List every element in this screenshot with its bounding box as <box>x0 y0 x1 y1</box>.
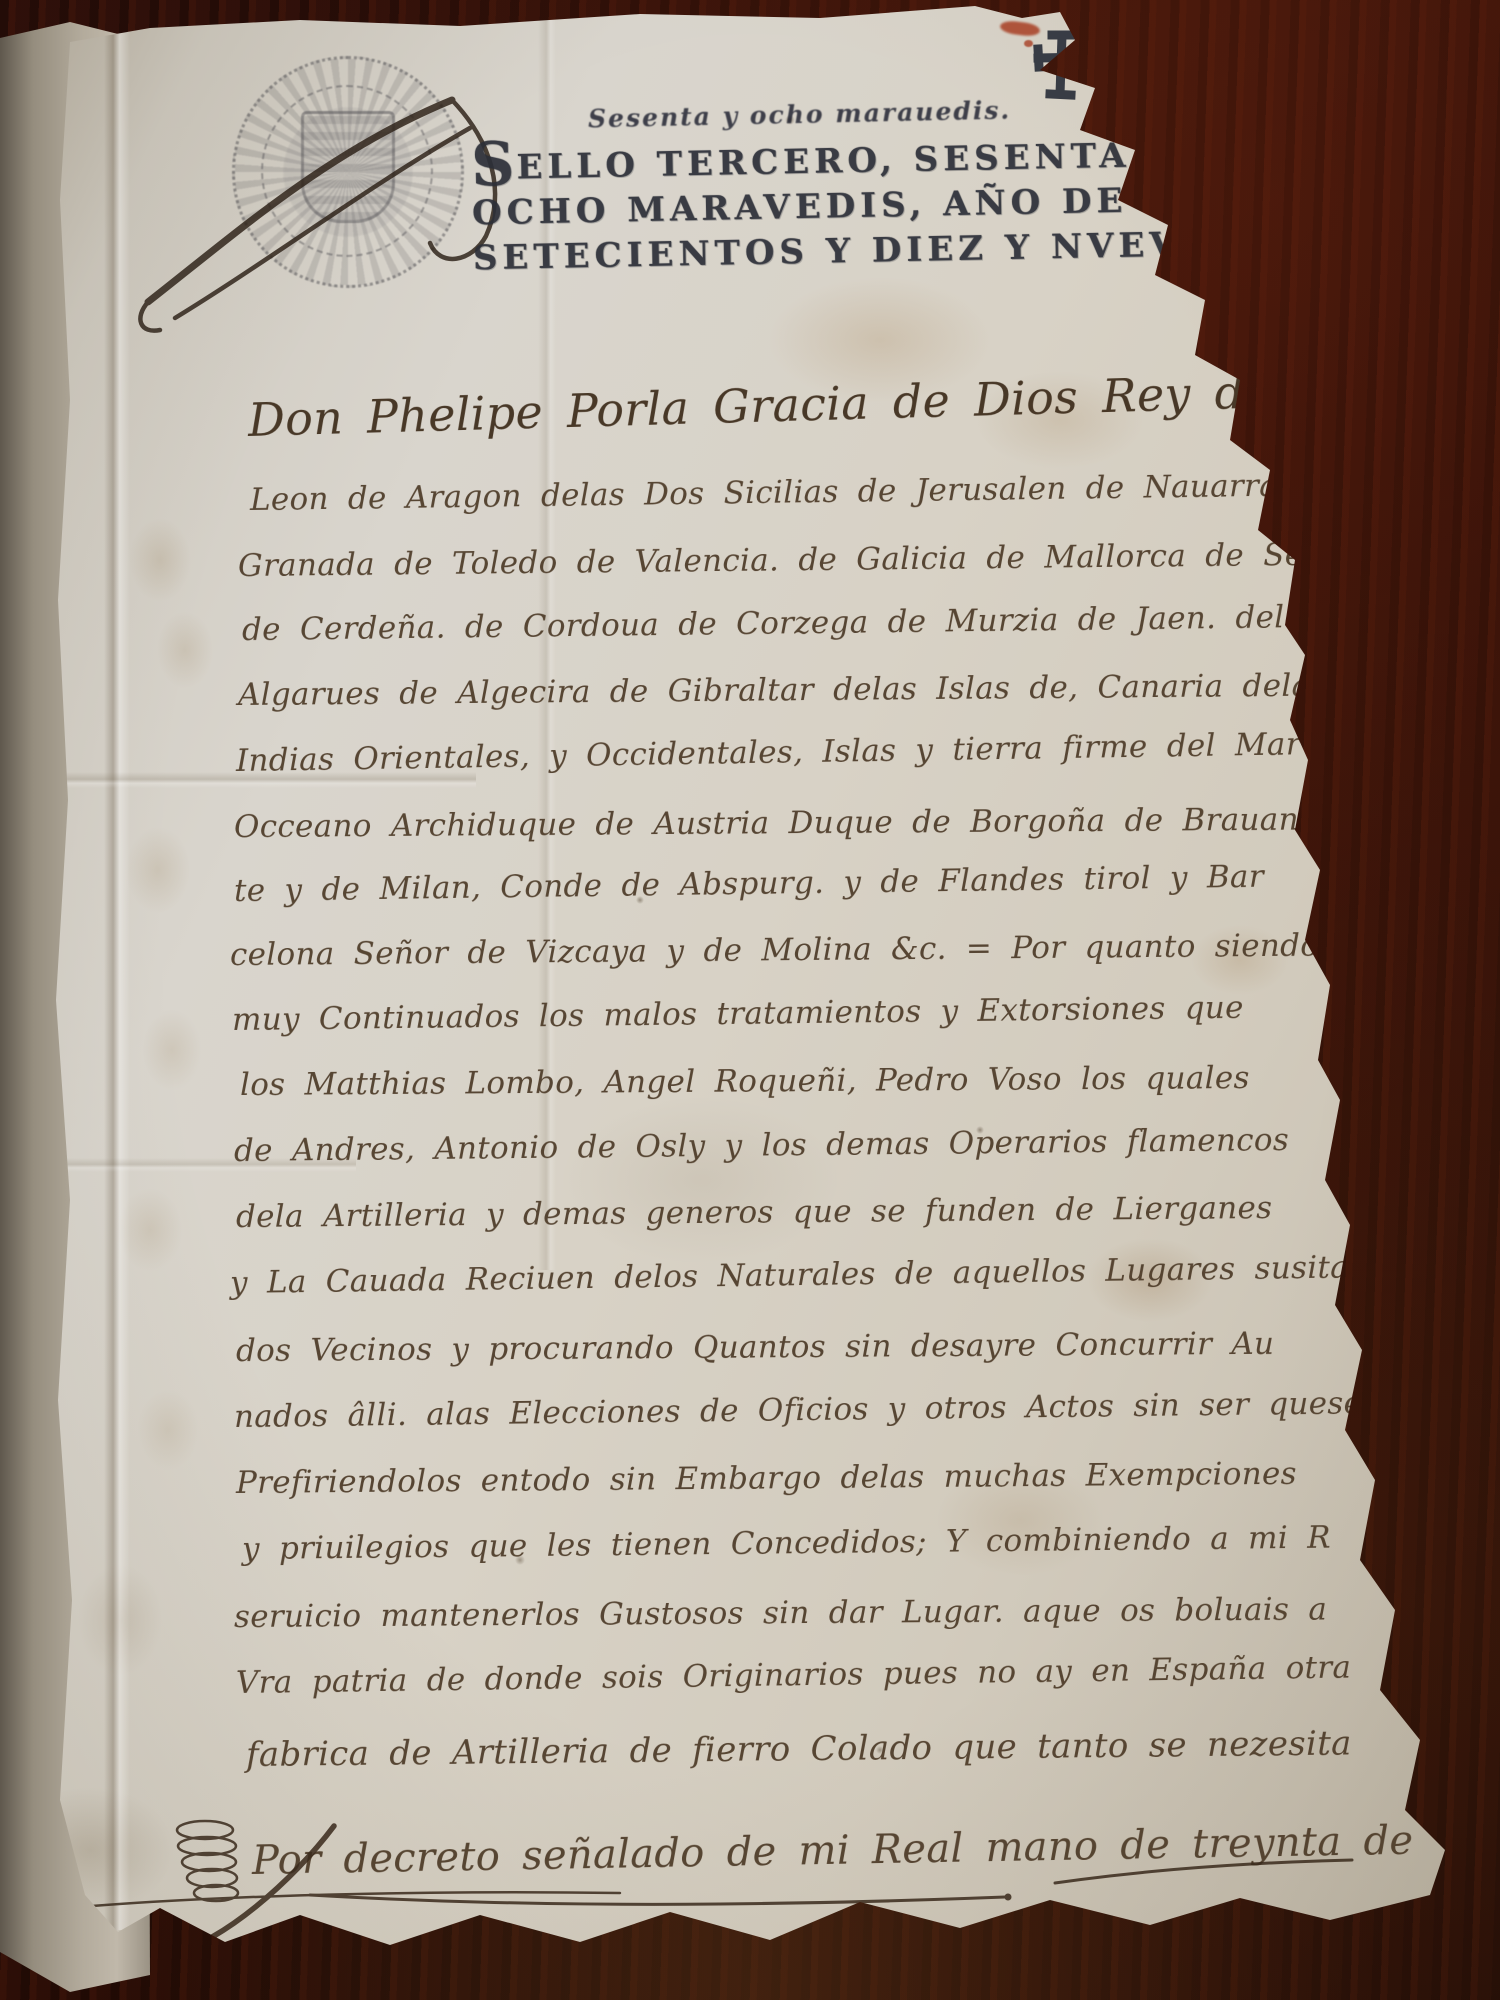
manuscript-line: seruicio mantenerlos Gustosos sin dar Lu… <box>234 1591 1327 1635</box>
scribe-rubric: Vae S. <box>161 1944 230 1973</box>
photo-of-manuscript: { "colors":{ "wood_background":"#30100a"… <box>0 0 1500 2000</box>
red-wax-dot <box>1024 40 1033 47</box>
manuscript-line: Leon de Aragon delas Dos Sicilias de Jer… <box>250 467 1336 518</box>
manuscript-line: Granada de Toledo de Valencia. de Galici… <box>238 536 1373 584</box>
red-wax-smudge <box>999 20 1040 38</box>
manuscript-line: los Matthias Lombo, Angel Roqueñi, Pedro… <box>240 1060 1250 1103</box>
paper-seal-icon <box>232 56 464 288</box>
seal-coat-of-arms <box>301 111 395 223</box>
manuscript-line: Prefiriendolos entodo sin Embargo delas … <box>236 1456 1297 1501</box>
manuscript-line: Occeano Archiduque de Austria Duque de B… <box>234 802 1299 845</box>
manuscript-line: fabrica de Artilleria de fierro Colado q… <box>246 1723 1352 1775</box>
manuscript-line: y priuilegios que les tienen Concedidos;… <box>242 1520 1331 1567</box>
sello-letterpress-block: SELLO TERCERO, SESENTA Y OCHO MARAVEDIS,… <box>471 129 1238 282</box>
fold-crease-left <box>104 30 130 1930</box>
manuscript-line: y La Cauada Reciuen delos Naturales de a… <box>230 1249 1349 1301</box>
manuscript-line: dela Artilleria y demas generos que se f… <box>236 1190 1273 1235</box>
manuscript-line: muy Continuados los malos tratamientos y… <box>232 990 1244 1038</box>
manuscript-page: Sesenta y ocho marauedis. SELLO TERCERO,… <box>0 0 1500 2000</box>
manuscript-line: de Cerdeña. de Cordoua de Corzega de Mur… <box>242 599 1320 648</box>
manuscript-line: nados âlli. alas Elecciones de Oficios y… <box>234 1385 1363 1435</box>
manuscript-line: Algarues de Algecira de Gibraltar delas … <box>238 668 1327 713</box>
manuscript-line: Don Phelipe Porla Gracia de Dios Rey de … <box>247 356 1500 447</box>
manuscript-line: Por decreto señalado de mi Real mano de … <box>252 1818 1414 1884</box>
manuscript-line: de Andres, Antonio de Osly y los demas O… <box>234 1122 1289 1169</box>
manuscript-line: dos Vecinos y procurando Quantos sin des… <box>236 1326 1275 1369</box>
manuscript-line: celona Señor de Vizcaya y de Molina &c. … <box>230 927 1320 973</box>
manuscript-line: Vra patria de donde sois Originarios pue… <box>236 1649 1352 1701</box>
manuscript-line: Indias Orientales, y Occidentales, Islas… <box>236 726 1301 779</box>
tax-overprint-stamp: Sesenta y ocho marauedis. <box>588 96 1012 134</box>
manuscript-line: te y de Milan, Conde de Abspurg. y de Fl… <box>234 859 1264 909</box>
